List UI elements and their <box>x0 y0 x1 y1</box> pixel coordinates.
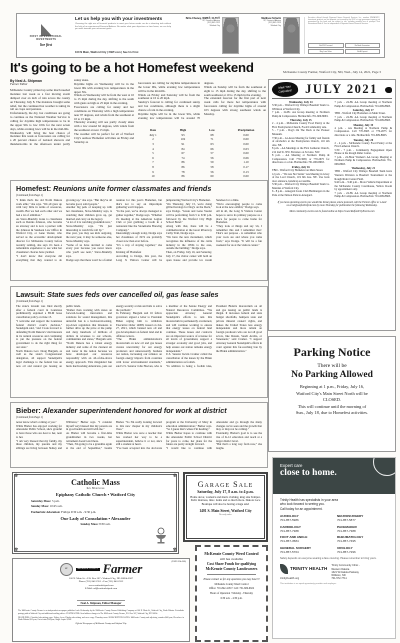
weather-table: Date High Low Precipitation July 1 93 68… <box>138 128 266 179</box>
story-subhead: Alexander superintendent honored for wor… <box>41 406 227 415</box>
advisor-1-location: Watford City <box>182 25 220 27</box>
trinity-clinic-address: Trinity Community Clinic - Western Dakot… <box>331 564 388 580</box>
mark-your-calendars-badge: Mark Your Calendars! <box>271 80 299 98</box>
farmer-seal-icon: MC <box>60 563 73 576</box>
mass-title: Catholic Mass <box>23 478 168 487</box>
farmer-legal-1: The McKenzie County Farmer is an indepen… <box>18 610 184 615</box>
mass-label: Sunday Mass: <box>31 504 49 508</box>
ad-heading: Let us help you with your investments <box>75 17 178 22</box>
continued-note: (Continued from Page 1) <box>16 300 262 303</box>
parking-body: Beginning at 1 p.m., Friday, July 16, Wa… <box>274 384 390 417</box>
garage-sale-ad: Garage Sale Saturday, July 17, 8 a.m. to… <box>183 472 268 542</box>
farmer-email: E-Mail: nd@watfordcitynd.com <box>18 587 184 590</box>
calendar-header: Mark Your Calendars! JULY 2021 <box>272 82 392 99</box>
mass-label: Eucharistic Adoration: <box>31 510 60 514</box>
advisor-1: Brita Chaney, WMS®, CLTC® VP, Financial … <box>182 17 239 54</box>
weed-line-4: McKenzie County Landowners <box>201 567 262 571</box>
fibt-logo-text: FIRST INTERNATIONAL INVESTMENTS <box>21 36 71 42</box>
advisor-2-location: Watford City <box>243 25 281 27</box>
ad-footer-line: 100 N Main, Watford City | FIBT.com | Se… <box>75 51 178 54</box>
story-bieber-text: never know what's coming at you." While … <box>16 421 262 451</box>
specialty-item: FOOT AND ANKLE 701-857-3584 <box>280 535 331 543</box>
article-text: McKenzie County picked up some much need… <box>10 79 134 147</box>
calendar-day-events: TBD - Watford City Homefest on Main Stre… <box>335 112 393 123</box>
advisor-2-photo <box>283 17 300 54</box>
farmer-legal-2: DEADLINES: Classified advertising copy: … <box>18 617 184 622</box>
weed-org: McKenzie County Weed Control <box>201 583 262 587</box>
parking-title: Parking Notice <box>274 345 390 360</box>
disclosure-badges: Not FDIC InsuredNo Bank GuaranteeMay Los… <box>308 43 380 54</box>
mass-label: Saturday Mass: <box>31 499 51 503</box>
garage-sale-address: 1401 S. Main Street, Watford City <box>190 509 261 513</box>
story-subhead: State sues feds over cancelled oil, gas … <box>45 290 218 299</box>
trinity-specialties: AUDIOLOGY 701-857-5986 NEUROSURGERY 701-… <box>280 514 388 554</box>
weather-article-left: By Neal A. Shipman Farmer Editor McKenzi… <box>10 79 134 147</box>
calendar-events: Wednesday, July 14 5:30 p.m. - Watford C… <box>272 101 392 199</box>
disclosure-badge: May Lose Value <box>308 49 344 54</box>
parking-line2: No Parking Allowed <box>274 370 390 380</box>
weed-phones: Office: 701-842-4130 • Cell: 701-609-962… <box>201 587 262 591</box>
trinity-title: close to home. <box>280 468 388 478</box>
advisor-2: Matthew Schultz VP, Financial Advisor (7… <box>243 17 300 54</box>
trinity-covid-note: Safety depends on everyone wearing a fac… <box>280 557 388 560</box>
newspaper-page: FIRST INTERNATIONAL INVESTMENTS live fir… <box>0 0 400 643</box>
calendar-day-events: 2 - 4 p.m. - McKenzie County Food Pantry… <box>335 142 393 167</box>
disclosure-text: Securities offered through Raymond James… <box>308 17 380 42</box>
weather-table-body: July 1 93 68 0.00 2 102 71 0.00 3 91 63 <box>138 133 266 179</box>
parking-line1: There will be <box>274 363 390 369</box>
farmer-name: Farmer <box>103 561 142 577</box>
farmer-official-line: Official Newspaper of McKenzie County an… <box>18 623 184 625</box>
ad-body-text: Choosing the right mix of financial prod… <box>75 23 171 51</box>
trinity-intro: Trinity Health has specialists in your a… <box>280 498 388 511</box>
flourish-icon: ✾ <box>173 473 177 479</box>
weed-control-ad: McKenzie County Weed Control still has a… <box>195 545 268 642</box>
garage-sale-note: No early sales. <box>190 514 261 516</box>
disclosure-badge: Not A Deposit <box>345 49 381 54</box>
specialty-item: UROLOGY 701-857-7296 <box>337 546 388 554</box>
weed-line-1: McKenzie County Weed Control <box>201 552 262 556</box>
flourish-icon: ✾ <box>14 473 18 479</box>
mass-time: 8:30 a.m. <box>99 522 110 526</box>
story-kicker: Homefest: <box>16 184 51 193</box>
flourish-icon: ✾ <box>14 547 18 553</box>
specialty-item: CARDIOLOGY 701-857-7388 <box>280 525 331 533</box>
garage-sale-body: Home decor, women's and men's clothing, … <box>190 496 261 508</box>
county-tag: McKENZIE COUNTY <box>76 568 100 571</box>
weather-table-row: 10 86 60 0.00 <box>138 174 266 179</box>
trinity-health-logo: TRINITY HEALTH <box>280 564 327 574</box>
calendar-title: JULY 2021 <box>300 82 383 97</box>
mass-time: 5 p.m. <box>52 499 60 503</box>
mass-label: Sunday Mass: <box>80 522 98 526</box>
weed-line-3: Cost Share Funds for qualifying <box>201 562 262 566</box>
community-calendar: Mark Your Calendars! JULY 2021 Wednesday… <box>268 79 396 331</box>
page-identifier: McKenzie County Farmer, Watford City, ND… <box>268 70 396 74</box>
continued-note: (Continued from Page 1) <box>16 194 262 197</box>
trinity-disclaimer: This institution is an equal opportunity… <box>280 583 388 585</box>
flourish-icon: ✾ <box>173 547 177 553</box>
story-kicker: Lawsuit: <box>16 290 45 299</box>
farmer-masthead-box: (USPS 334-360) MC McKENZIE COUNTY Farmer… <box>12 558 190 642</box>
weed-line-2: still has available <box>201 557 262 561</box>
story-homefest: Homefest: Reunions unite former classmat… <box>10 180 268 281</box>
calendar-day-events: TBD - Watford City Walleye Baseball Team… <box>335 170 393 199</box>
disclosure-badge: No Bank Guarantee <box>345 43 381 48</box>
specialty-item: NEUROSURGERY 701-857-5877 <box>337 514 388 522</box>
story-kicker: Bieber: <box>16 406 41 415</box>
specialty-item: RHEUMATOLOGY 701-857-7495 <box>337 535 388 543</box>
calendar-day-events: 5:30 p.m. - Watford City Walleye Basebal… <box>272 104 330 118</box>
ad-disclosure: Securities offered through Raymond James… <box>304 17 380 54</box>
continued-note: (Continued from Page 1) <box>16 416 262 419</box>
disclosure-badge: Not FDIC Insured <box>308 43 344 48</box>
story-lawsuit-header: Lawsuit: State sues feds over cancelled … <box>16 290 262 299</box>
story-homefest-header: Homefest: Reunions unite former classmat… <box>16 184 262 193</box>
main-headline: It's going to be a hot Homefest weekend <box>10 60 270 75</box>
specialty-item: GENERAL SURGERY 701-857-5764 <box>280 546 331 554</box>
church-1: Epiphany Catholic Church • Watford City <box>23 492 168 497</box>
fibt-logo: FIRST INTERNATIONAL INVESTMENTS live fir… <box>21 17 71 54</box>
specialty-item: AUDIOLOGY 701-857-5986 <box>280 514 331 522</box>
parking-notice-ad: Parking Notice There will be No Parking … <box>268 336 396 452</box>
church-2: Our Lady of Consolation • Alexander <box>23 516 168 521</box>
usps-number: (USPS 334-360) <box>171 561 186 563</box>
weed-hours-2: 6:30 a.m. - 4:30 p.m. <box>201 597 262 601</box>
story-homefest-text: "I think that's the old North Dakota wor… <box>16 199 262 262</box>
byline-title: Farmer Editor <box>10 83 70 87</box>
weather-article-right: forecasters are calling for daytime temp… <box>138 82 266 121</box>
weed-note: Please contact us for any questions you … <box>201 578 262 582</box>
trinity-health-ad: Expert care close to home. Trinity Healt… <box>272 457 396 639</box>
leaf-icon <box>280 564 288 574</box>
trinity-website: trinityhealth.org <box>280 576 327 580</box>
fibt-ad-banner: FIRST INTERNATIONAL INVESTMENTS live fir… <box>16 13 385 58</box>
garage-sale-date: Saturday, July 17, 8 a.m. to 4 p.m. <box>190 490 261 494</box>
story-bieber: Bieber: Alexander superintendent honored… <box>10 402 268 468</box>
mass-time: Fridays 9:30 a.m. - 9:30 p.m. <box>61 510 96 514</box>
divider <box>207 574 256 575</box>
mass-time: 10:45 a.m. <box>50 504 63 508</box>
calendar-footer-link: More community events can be found onlin… <box>272 210 392 213</box>
garage-sale-title: Garage Sale <box>190 480 261 489</box>
story-lawsuit-text: The state's lawsuit was filed shortly af… <box>16 305 262 368</box>
story-subhead: Reunions unite former classmates and fri… <box>51 184 211 193</box>
story-lawsuit: Lawsuit: State sues feds over cancelled … <box>10 286 268 398</box>
trinity-ad-header: Expert care close to home. <box>273 458 395 494</box>
chalice-icon <box>154 527 168 545</box>
calendar-day-events: 2 - 4 p.m. - McKenzie County Food Pantry… <box>272 122 330 165</box>
story-bieber-header: Bieber: Alexander superintendent honored… <box>16 406 262 415</box>
calendar-footer-note: If you have upcoming events you would li… <box>272 201 392 208</box>
farmer-logo: MC McKENZIE COUNTY Farmer <box>18 561 184 577</box>
fibt-tagline: live first <box>40 43 52 47</box>
advisor-1-photo <box>222 17 239 54</box>
catholic-mass-ad: ✾ ✾ ✾ ✾ Catholic Mass Rev. Brian Gross E… <box>12 472 179 554</box>
ink-blot-icon <box>385 87 392 93</box>
specialty-item: PACEMAKER 701-857-7388 <box>337 525 388 533</box>
mass-pastor: Rev. Brian Gross <box>23 487 168 490</box>
weed-hours-1: Hours of Operation • Monday - Thursday <box>201 592 262 596</box>
farmer-editor: Neal A. Shipman, Editor/Manager <box>77 600 126 606</box>
calendar-day-events: 4 p.m. - AA Meeting at Northern Pump & C… <box>335 127 393 138</box>
